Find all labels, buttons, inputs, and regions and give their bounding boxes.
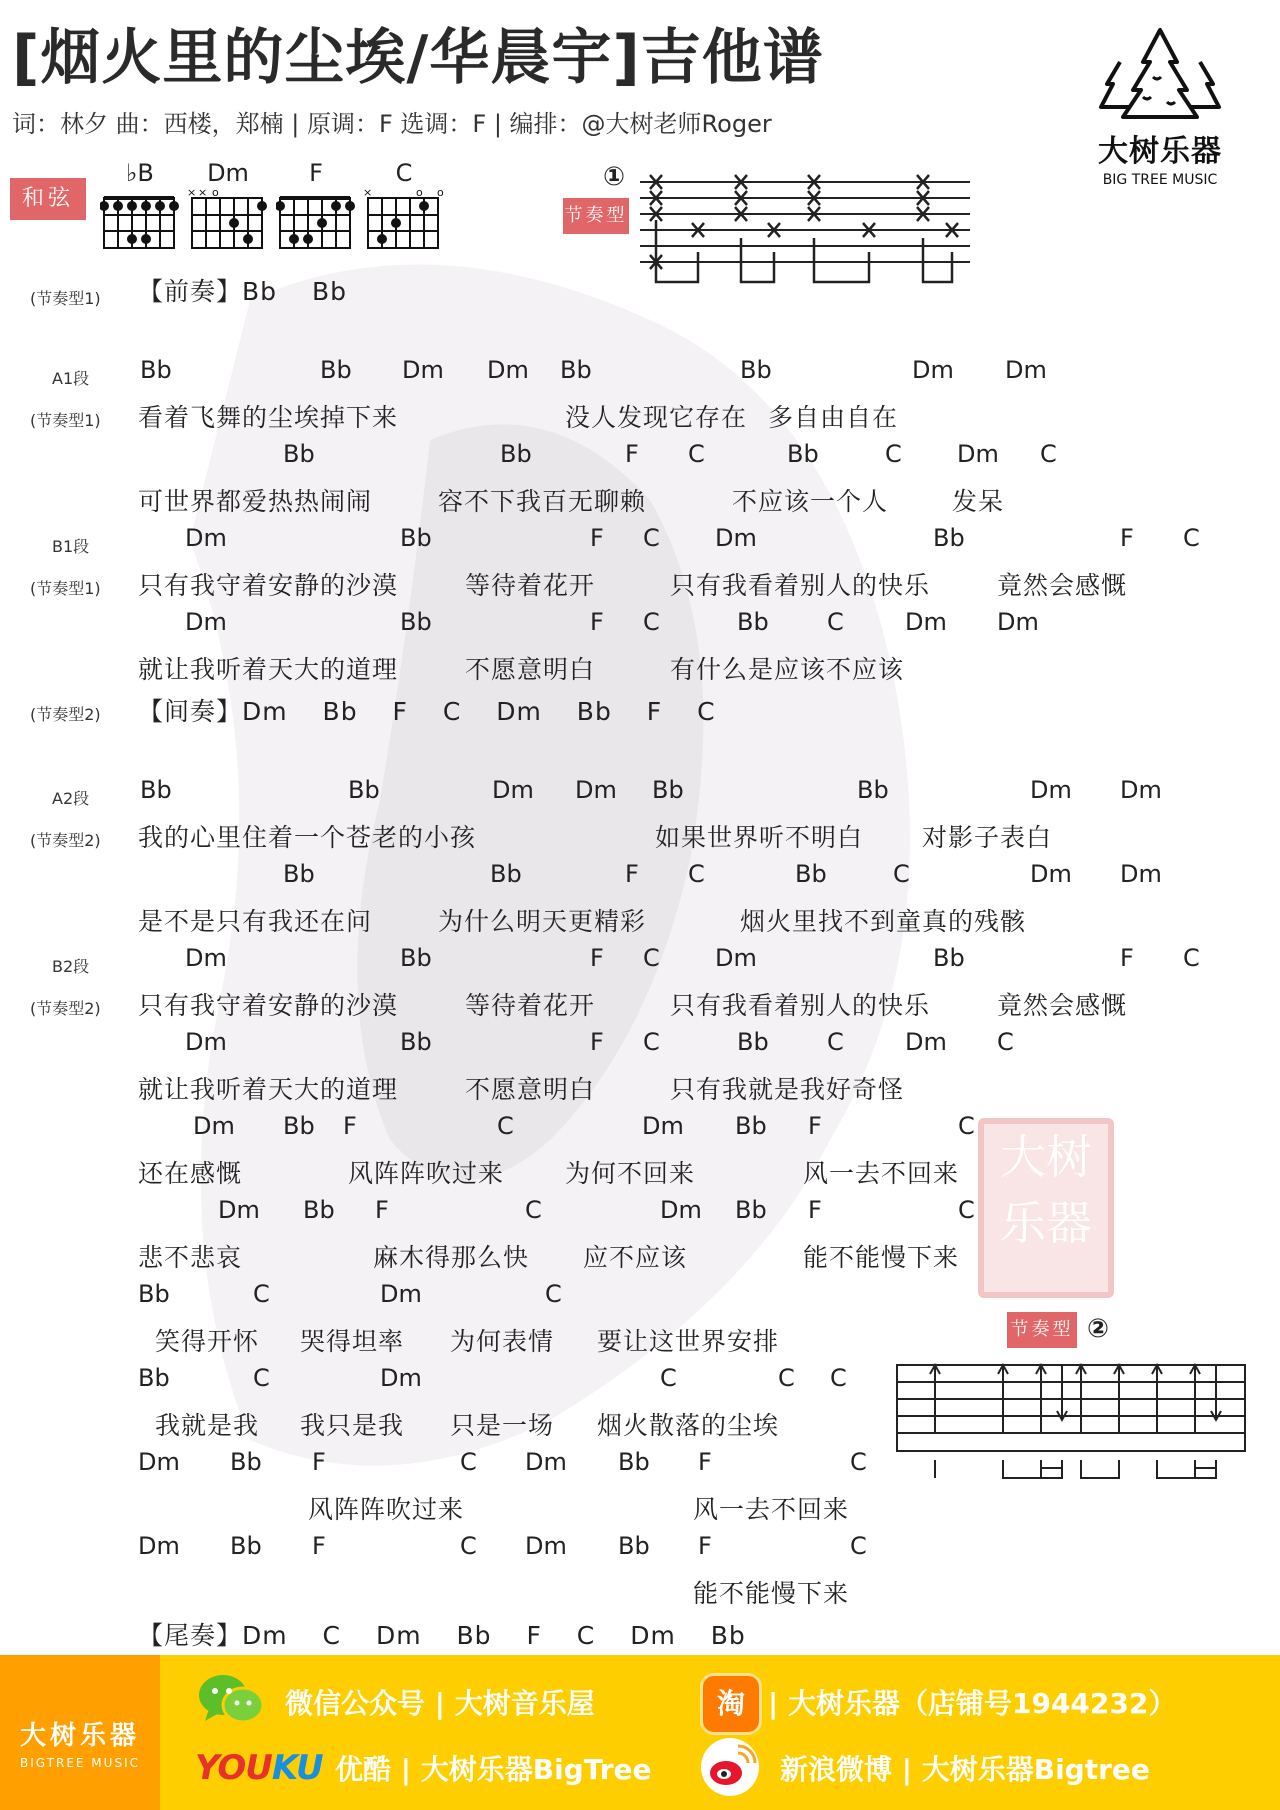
seal-char: 器 bbox=[1046, 1196, 1092, 1250]
chord-symbol: Dm bbox=[218, 1196, 260, 1224]
lyric-phrase: 等待着花开 bbox=[465, 986, 595, 1022]
lyric-phrase: 没人发现它存在 bbox=[565, 398, 747, 434]
chord-symbol: F bbox=[808, 1196, 822, 1224]
lyric-phrase: 烟火里找不到童真的残骸 bbox=[740, 902, 1026, 938]
lyric-phrase: 就让我听着天大的道理 bbox=[138, 650, 398, 686]
section-label: (节奏型1) bbox=[30, 408, 101, 431]
chord-symbol: Bb bbox=[652, 776, 684, 804]
chord-symbol: C bbox=[643, 944, 660, 972]
section-label: B1段 bbox=[52, 534, 89, 557]
footer-brand-cn: 大树乐器 bbox=[0, 1715, 160, 1752]
chord-symbol: F bbox=[375, 1196, 389, 1224]
lyric-phrase: 【尾奏】Dm C Dm Bb F C Dm Bb bbox=[138, 1616, 746, 1652]
chord-symbol: C bbox=[643, 608, 660, 636]
lyric-phrase: 竟然会感慨 bbox=[997, 566, 1127, 602]
chord-symbol: Dm bbox=[957, 440, 999, 468]
chord-symbol: F bbox=[808, 1112, 822, 1140]
lyric-phrase: 为什么明天更精彩 bbox=[438, 902, 646, 938]
pattern-2-tag: 节奏型 bbox=[1007, 1312, 1077, 1348]
lyric-phrase: 风阵阵吹过来 bbox=[308, 1490, 464, 1526]
chord-symbol: Dm bbox=[402, 356, 444, 384]
chord-symbol: Bb bbox=[787, 440, 819, 468]
chord-symbol: Dm bbox=[1120, 860, 1162, 888]
chord-symbol: Dm bbox=[193, 1112, 235, 1140]
lyric-phrase: 能不能慢下来 bbox=[693, 1574, 849, 1610]
chord-symbol: C bbox=[525, 1196, 542, 1224]
lyric-phrase: 等待着花开 bbox=[465, 566, 595, 602]
chord-symbol: C bbox=[253, 1280, 270, 1308]
lyric-phrase: 我的心里住着一个苍老的小孩 bbox=[138, 818, 476, 854]
chord-symbol: Dm bbox=[138, 1532, 180, 1560]
chord-symbol: Bb bbox=[737, 608, 769, 636]
chord-symbol: F bbox=[312, 1448, 326, 1476]
section-label: A2段 bbox=[52, 786, 89, 809]
logo-cn: 大树乐器 bbox=[1085, 126, 1235, 170]
chord-symbol: C bbox=[1040, 440, 1057, 468]
chord-symbol: F bbox=[590, 608, 604, 636]
footer-brand: 大树乐器 BIGTREE MUSIC bbox=[0, 1655, 160, 1810]
chord-name: F bbox=[276, 158, 356, 188]
brand-logo: 大树乐器 BIG TREE MUSIC bbox=[1085, 22, 1235, 182]
chord-symbol: Bb bbox=[740, 356, 772, 384]
chord-symbol: Dm bbox=[642, 1112, 684, 1140]
footer-brand-en: BIGTREE MUSIC bbox=[0, 1756, 160, 1770]
lyric-phrase: 容不下我百无聊赖 bbox=[438, 482, 646, 518]
youku-logo: YOUKU bbox=[195, 1748, 323, 1788]
brand-seal: 大树 乐器 bbox=[978, 1118, 1114, 1298]
chord-symbol: C bbox=[253, 1364, 270, 1392]
chord-symbol: C bbox=[545, 1280, 562, 1308]
chord-symbol: Bb bbox=[348, 776, 380, 804]
section-label: A1段 bbox=[52, 366, 89, 389]
chords-tag: 和弦 bbox=[10, 178, 86, 220]
lyric-phrase: 竟然会感慨 bbox=[997, 986, 1127, 1022]
chord-symbol: Bb bbox=[230, 1532, 262, 1560]
chord-symbol: C bbox=[850, 1532, 867, 1560]
section-label: (节奏型2) bbox=[30, 702, 101, 725]
strum-pattern-2 bbox=[895, 1360, 1250, 1480]
chord-symbol: C bbox=[643, 524, 660, 552]
chord-symbol: Bb bbox=[737, 1028, 769, 1056]
chord-symbol: Dm bbox=[138, 1448, 180, 1476]
lyric-phrase: 悲不悲哀 bbox=[138, 1238, 242, 1274]
chord-symbol: Dm bbox=[185, 944, 227, 972]
lyric-phrase: 只有我守着安静的沙漠 bbox=[138, 566, 398, 602]
lyric-phrase: 应不应该 bbox=[583, 1238, 687, 1274]
chord-symbol: Bb bbox=[138, 1364, 170, 1392]
trees-icon bbox=[1095, 22, 1225, 122]
chord-symbol: Dm bbox=[575, 776, 617, 804]
chord-symbol: C bbox=[497, 1112, 514, 1140]
chord-symbol: Dm bbox=[912, 356, 954, 384]
lyric-phrase: 我就是我 bbox=[155, 1406, 259, 1442]
taobao-shop[interactable]: | 大树乐器（店铺号1944232） bbox=[768, 1682, 1176, 1722]
chord-symbol: Bb bbox=[618, 1532, 650, 1560]
lyric-phrase: 风阵阵吹过来 bbox=[348, 1154, 504, 1190]
chord-symbol: Bb bbox=[400, 1028, 432, 1056]
chord-symbol: Bb bbox=[857, 776, 889, 804]
page-title: [烟火里的尘埃/华晨宇]吉他谱 bbox=[12, 22, 824, 94]
lyric-phrase: 为何不回来 bbox=[565, 1154, 695, 1190]
chord-symbol: Bb bbox=[735, 1112, 767, 1140]
chord-symbol: Dm bbox=[185, 1028, 227, 1056]
lyric-phrase: 只是一场 bbox=[450, 1406, 554, 1442]
lyric-phrase: 有什么是应该不应该 bbox=[670, 650, 904, 686]
lyric-phrase: 不愿意明白 bbox=[465, 1070, 595, 1106]
chord-symbol: Bb bbox=[795, 860, 827, 888]
taobao-icon: 淘 bbox=[700, 1673, 762, 1735]
lyric-phrase: 就让我听着天大的道理 bbox=[138, 1070, 398, 1106]
chord-symbol: C bbox=[1183, 944, 1200, 972]
lyric-phrase: 不愿意明白 bbox=[465, 650, 595, 686]
chord-symbol: Dm bbox=[380, 1280, 422, 1308]
chord-symbol: Bb bbox=[320, 356, 352, 384]
chord-symbol: F bbox=[698, 1532, 712, 1560]
chord-symbol: Bb bbox=[933, 944, 965, 972]
strum-pattern-1 bbox=[640, 170, 970, 285]
chord-symbol: Dm bbox=[1030, 860, 1072, 888]
wechat-account[interactable]: 微信公众号 | 大树音乐屋 bbox=[285, 1682, 595, 1722]
chord-symbol: C bbox=[643, 1028, 660, 1056]
chord-symbol: Dm bbox=[715, 524, 757, 552]
chord-symbol: C bbox=[688, 440, 705, 468]
section-label: B2段 bbox=[52, 954, 89, 977]
chord-symbol: Bb bbox=[933, 524, 965, 552]
chord-symbol: Dm bbox=[905, 608, 947, 636]
chord-symbol: Bb bbox=[560, 356, 592, 384]
chord-symbol: Dm bbox=[905, 1028, 947, 1056]
chord-diagram-c: C ×oo bbox=[364, 158, 444, 256]
chord-symbol: C bbox=[997, 1028, 1014, 1056]
youku-account[interactable]: 优酷 | 大树乐器BigTree bbox=[335, 1748, 652, 1788]
chord-symbol: Bb bbox=[230, 1448, 262, 1476]
lyric-phrase: 笑得开怀 bbox=[155, 1322, 259, 1358]
logo-en: BIG TREE MUSIC bbox=[1085, 172, 1235, 188]
pattern-1-tag: 节奏型 bbox=[563, 198, 629, 234]
chord-symbol: F bbox=[312, 1532, 326, 1560]
chord-symbol: C bbox=[827, 1028, 844, 1056]
lyric-phrase: 不应该一个人 bbox=[732, 482, 888, 518]
chord-symbol: Dm bbox=[525, 1532, 567, 1560]
lyric-phrase: 为何表情 bbox=[450, 1322, 554, 1358]
chord-name: ♭B bbox=[100, 158, 180, 188]
footer-banner: 大树乐器 BIGTREE MUSIC 微信公众号 | 大树音乐屋 淘 | 大树乐… bbox=[0, 1655, 1280, 1810]
wechat-icon bbox=[195, 1671, 267, 1729]
chord-symbol: C bbox=[1183, 524, 1200, 552]
chord-symbol: C bbox=[958, 1112, 975, 1140]
chord-symbol: Bb bbox=[283, 1112, 315, 1140]
chord-symbol: Dm bbox=[660, 1196, 702, 1224]
chord-symbol: Bb bbox=[400, 524, 432, 552]
chord-symbol: Dm bbox=[1030, 776, 1072, 804]
chord-symbol: Bb bbox=[400, 944, 432, 972]
chord-symbol: F bbox=[590, 524, 604, 552]
chord-symbol: Dm bbox=[525, 1448, 567, 1476]
lyric-phrase: 我只是我 bbox=[300, 1406, 404, 1442]
chord-symbol: C bbox=[827, 608, 844, 636]
weibo-account[interactable]: 新浪微博 | 大树乐器Bigtree bbox=[780, 1748, 1150, 1788]
intro-line: 【前奏】Bb Bb bbox=[138, 272, 347, 308]
lyric-phrase: 风一去不回来 bbox=[803, 1154, 959, 1190]
seal-char: 树 bbox=[1046, 1130, 1092, 1184]
chord-symbol: F bbox=[625, 860, 639, 888]
chord-name: C bbox=[364, 158, 444, 188]
chord-symbol: Bb bbox=[400, 608, 432, 636]
chord-symbol: Bb bbox=[500, 440, 532, 468]
chord-diagram-dm: Dm ××o bbox=[188, 158, 268, 256]
lyric-phrase: 只有我看着别人的快乐 bbox=[670, 986, 930, 1022]
pattern-1-number: ① bbox=[603, 162, 625, 192]
chord-symbol: C bbox=[660, 1364, 677, 1392]
section-label: (节奏型2) bbox=[30, 996, 101, 1019]
lyric-phrase: 能不能慢下来 bbox=[803, 1238, 959, 1274]
credits-line: 词：林夕 曲：西楼，郑楠 | 原调：F 选调：F | 编排：@大树老师Roger bbox=[12, 104, 772, 139]
chord-symbol: F bbox=[698, 1448, 712, 1476]
chord-symbol: Bb bbox=[490, 860, 522, 888]
lyric-phrase: 要让这世界安排 bbox=[597, 1322, 779, 1358]
chord-symbol: Bb bbox=[138, 1280, 170, 1308]
chord-symbol: Bb bbox=[618, 1448, 650, 1476]
lyric-phrase: 哭得坦率 bbox=[300, 1322, 404, 1358]
chord-symbol: Bb bbox=[283, 440, 315, 468]
lyric-phrase: 看着飞舞的尘埃掉下来 bbox=[138, 398, 398, 434]
lyric-phrase: 风一去不回来 bbox=[693, 1490, 849, 1526]
chord-symbol: Dm bbox=[1005, 356, 1047, 384]
chord-symbol: Dm bbox=[380, 1364, 422, 1392]
seal-char: 乐 bbox=[1000, 1196, 1046, 1250]
lyric-phrase: 只有我就是我好奇怪 bbox=[670, 1070, 904, 1106]
intro-pattern-label: (节奏型1) bbox=[30, 286, 101, 309]
chord-symbol: F bbox=[625, 440, 639, 468]
lyric-phrase: 如果世界听不明白 bbox=[655, 818, 863, 854]
chord-symbol: C bbox=[778, 1364, 795, 1392]
lyric-phrase: 对影子表白 bbox=[922, 818, 1052, 854]
chord-symbol: Dm bbox=[715, 944, 757, 972]
weibo-icon bbox=[700, 1737, 760, 1797]
lyric-phrase: 可世界都爱热热闹闹 bbox=[138, 482, 372, 518]
lyric-phrase: 麻木得那么快 bbox=[373, 1238, 529, 1274]
chord-symbol: C bbox=[460, 1532, 477, 1560]
chord-symbol: Bb bbox=[140, 776, 172, 804]
chord-symbol: F bbox=[343, 1112, 357, 1140]
lyric-phrase: 只有我看着别人的快乐 bbox=[670, 566, 930, 602]
chord-diagram-f: F bbox=[276, 158, 356, 256]
lyric-phrase: 发呆 bbox=[952, 482, 1004, 518]
chord-symbol: Bb bbox=[140, 356, 172, 384]
chord-symbol: Dm bbox=[997, 608, 1039, 636]
chord-symbol: F bbox=[1120, 524, 1134, 552]
chord-symbol: F bbox=[590, 1028, 604, 1056]
chord-symbol: Dm bbox=[185, 608, 227, 636]
lyric-phrase: 【间奏】Dm Bb F C Dm Bb F C bbox=[138, 692, 716, 728]
lyric-phrase: 多自由自在 bbox=[768, 398, 898, 434]
chord-symbol: F bbox=[590, 944, 604, 972]
chord-symbol: C bbox=[460, 1448, 477, 1476]
lyric-phrase: 是不是只有我还在问 bbox=[138, 902, 372, 938]
chord-symbol: C bbox=[850, 1448, 867, 1476]
chord-symbol: Dm bbox=[185, 524, 227, 552]
section-label: (节奏型2) bbox=[30, 828, 101, 851]
chord-symbol: Dm bbox=[487, 356, 529, 384]
chord-symbol: Bb bbox=[303, 1196, 335, 1224]
section-label: (节奏型1) bbox=[30, 576, 101, 599]
chord-name: Dm bbox=[188, 158, 268, 188]
seal-char: 大 bbox=[1000, 1130, 1046, 1184]
chord-symbol: Bb bbox=[283, 860, 315, 888]
chord-symbol: Dm bbox=[1120, 776, 1162, 804]
lyric-phrase: 烟火散落的尘埃 bbox=[597, 1406, 779, 1442]
chord-symbol: C bbox=[893, 860, 910, 888]
lyric-phrase: 还在感慨 bbox=[138, 1154, 242, 1190]
lyric-phrase: 只有我守着安静的沙漠 bbox=[138, 986, 398, 1022]
chord-symbol: C bbox=[688, 860, 705, 888]
chord-symbol: C bbox=[958, 1196, 975, 1224]
chord-symbol: C bbox=[830, 1364, 847, 1392]
chord-symbol: Bb bbox=[735, 1196, 767, 1224]
chord-symbol: F bbox=[1120, 944, 1134, 972]
pattern-2-number: ② bbox=[1087, 1314, 1109, 1344]
chord-symbol: Dm bbox=[492, 776, 534, 804]
chord-symbol: C bbox=[885, 440, 902, 468]
chord-diagram-bb: ♭B bbox=[100, 158, 180, 256]
